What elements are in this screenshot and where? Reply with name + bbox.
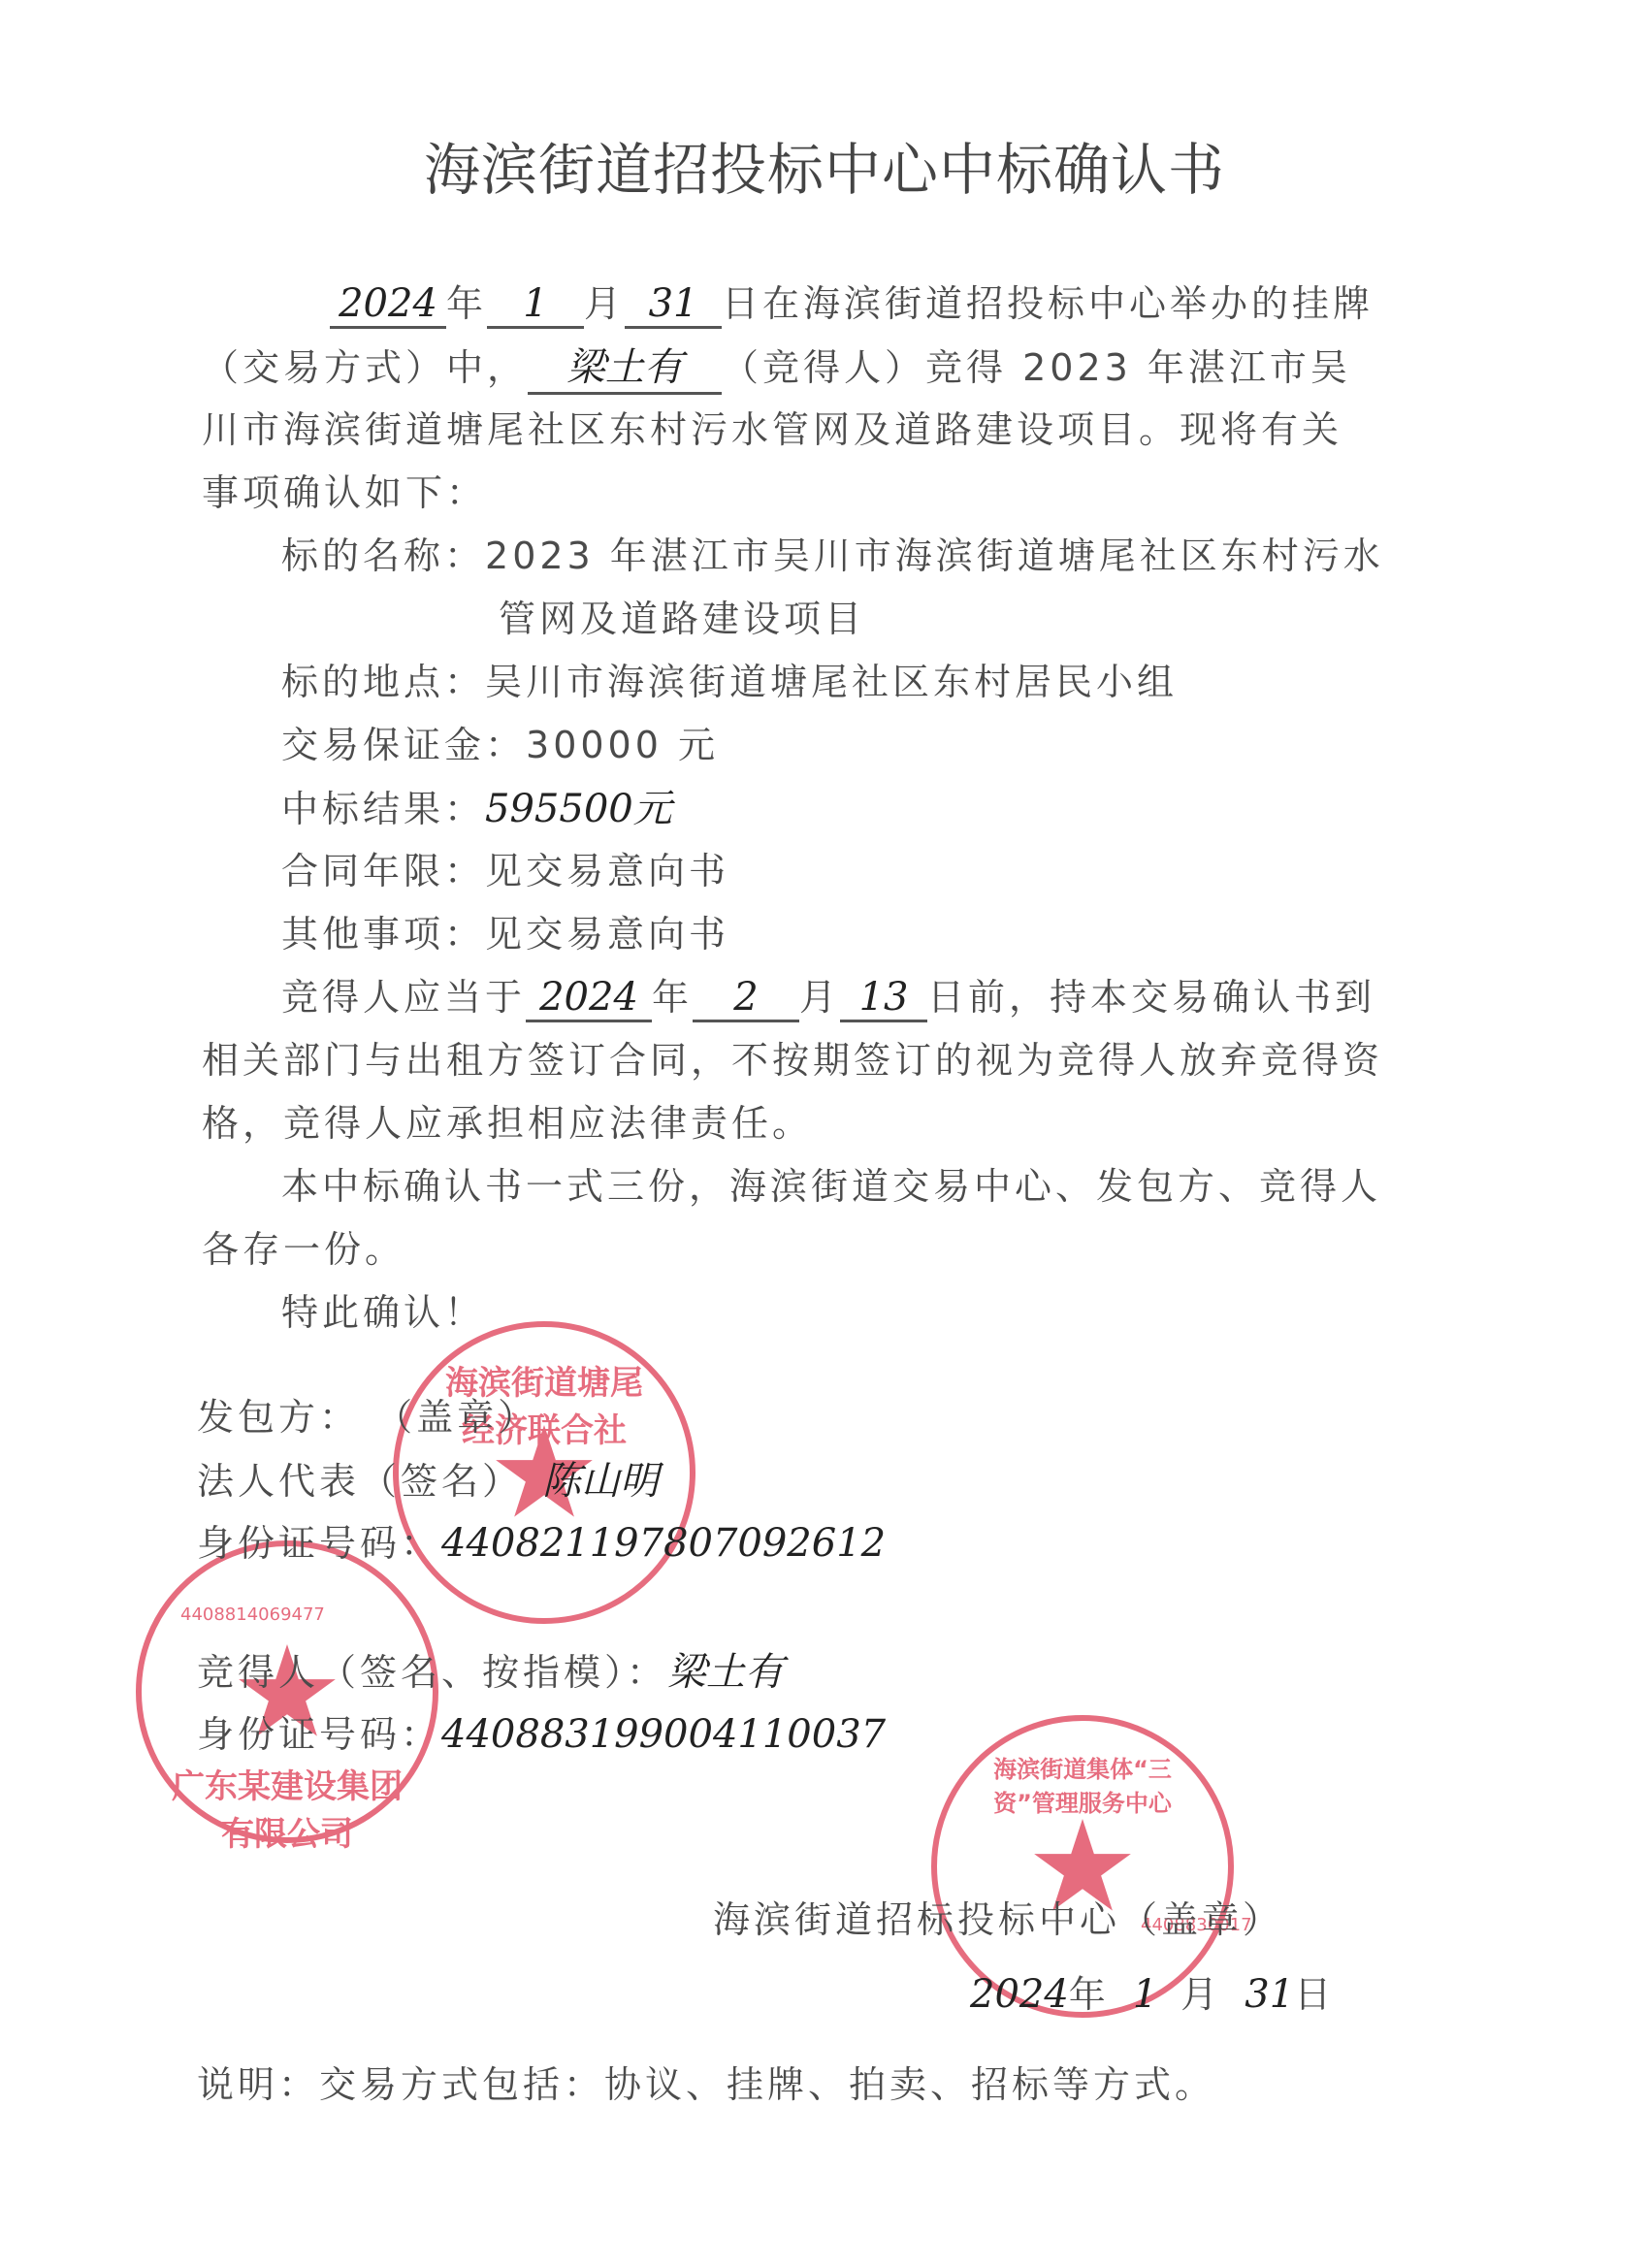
copies-line-2: 各存一份。	[202, 1219, 405, 1273]
issuer-id-value: 440821197807092612	[441, 1521, 886, 1566]
field-bid-result: 中标结果：595500元	[281, 778, 672, 833]
field-value: 见交易意向书	[485, 913, 729, 956]
intro-line-3: 川市海滨街道塘尾社区东村污水管网及道路建设项目。现将有关	[202, 400, 1342, 453]
field-label: 其他事项：	[281, 913, 485, 956]
winner-signature: 梁土有	[667, 1650, 784, 1695]
winner-id-value: 440883199004110037	[441, 1712, 886, 1757]
intro-line-2: （交易方式）中，梁土有（竞得人）竞得 2023 年湛江市吴	[202, 337, 1351, 395]
intro-line-4: 事项确认如下：	[202, 463, 487, 516]
field-label: 合同年限：	[281, 850, 485, 892]
field-subject-name-cont: 管网及道路建设项目	[499, 589, 865, 642]
day-label: 日	[1294, 1973, 1335, 2016]
deadline-line-1: 竞得人应当于2024年2月13日前，持本交易确认书到	[281, 967, 1375, 1022]
intro-day: 31	[625, 281, 722, 329]
deadline-month: 2	[693, 975, 799, 1022]
field-subject-location: 标的地点：吴川市海滨街道塘尾社区东村居民小组	[281, 652, 1178, 705]
field-value: 见交易意向书	[485, 850, 729, 892]
center-date-day: 31	[1245, 1972, 1294, 2017]
center-date: 2024年1月31日	[970, 1964, 1335, 2018]
field-deposit: 交易保证金：30000 元	[281, 715, 719, 768]
field-value: 2023 年湛江市吴川市海滨街道塘尾社区东村污水	[485, 535, 1384, 577]
center-name: 海滨街道招标投标中心（盖章）	[713, 1890, 1283, 1943]
intro-month: 1	[487, 281, 584, 329]
deadline-suffix: 日前，持本交易确认书到	[927, 976, 1375, 1019]
center-date-year: 2024	[970, 1972, 1069, 2017]
month-label: 月	[1180, 1973, 1221, 2016]
winner-id-label: 身份证号码：	[197, 1713, 441, 1756]
field-label: 交易保证金：	[281, 724, 526, 766]
stamp-text: 广东某建设集团有限公司	[161, 1760, 413, 1855]
deadline-day: 13	[840, 975, 927, 1022]
deadline-prefix: 竞得人应当于	[281, 976, 526, 1019]
legal-rep-row: 法人代表（签名）陈山明	[197, 1450, 659, 1506]
field-label: 标的地点：	[281, 661, 485, 703]
intro-line-1-text: 日在海滨街道招投标中心举办的挂牌	[722, 282, 1374, 325]
intro-line-2-a: （交易方式）中，	[202, 346, 528, 389]
field-value-handwritten: 595500元	[485, 787, 672, 831]
note-text: 说明：交易方式包括：协议、挂牌、拍卖、招标等方式。	[197, 2055, 1215, 2108]
center-date-month: 1	[1133, 1972, 1157, 2017]
winner-name-field: 梁土有	[528, 337, 722, 395]
month-label: 月	[799, 976, 840, 1019]
intro-year: 2024	[330, 281, 446, 329]
legal-rep-signature: 陈山明	[542, 1459, 659, 1504]
field-label: 中标结果：	[281, 788, 485, 830]
field-value: 吴川市海滨街道塘尾社区东村居民小组	[485, 661, 1178, 703]
deadline-year: 2024	[526, 975, 652, 1022]
stamp-text: 海滨街道集体“三资”管理服务中心	[966, 1750, 1199, 1818]
copies-line-1: 本中标确认书一式三份，海滨街道交易中心、发包方、竞得人	[281, 1156, 1381, 1210]
legal-rep-label: 法人代表（签名）	[197, 1460, 523, 1503]
year-label: 年	[446, 282, 487, 325]
issuer-id-row: 身份证号码：440821197807092612	[197, 1513, 886, 1567]
winner-id-row: 身份证号码：440883199004110037	[197, 1704, 886, 1758]
issuer-label: 发包方： （盖章）	[197, 1387, 538, 1441]
year-label: 年	[652, 976, 693, 1019]
field-contract-term: 合同年限：见交易意向书	[281, 841, 729, 894]
deadline-line-3: 格，竞得人应承担相应法律责任。	[202, 1093, 813, 1147]
stamp-number: 4408814069477	[180, 1604, 325, 1625]
month-label: 月	[584, 282, 625, 325]
issuer-id-label: 身份证号码：	[197, 1522, 441, 1565]
field-value: 30000 元	[526, 724, 719, 766]
intro-line-2-b: （竞得人）竞得 2023 年湛江市吴	[722, 346, 1351, 389]
field-label: 标的名称：	[281, 535, 485, 577]
confirm-text: 特此确认！	[281, 1282, 485, 1336]
deadline-line-2: 相关部门与出租方签订合同，不按期签订的视为竞得人放弃竞得资	[202, 1030, 1383, 1084]
winner-sign-label: 竞得人（签名、按指模）：	[197, 1651, 667, 1694]
intro-line-1: 2024年1月31日在海滨街道招投标中心举办的挂牌	[330, 274, 1374, 329]
winner-sign-row: 竞得人（签名、按指模）：梁土有	[197, 1641, 784, 1697]
year-label: 年	[1069, 1973, 1110, 2016]
field-subject-name: 标的名称：2023 年湛江市吴川市海滨街道塘尾社区东村污水	[281, 526, 1384, 579]
document-title: 海滨街道招投标中心中标确认书	[0, 124, 1649, 206]
field-other-matters: 其他事项：见交易意向书	[281, 904, 729, 957]
